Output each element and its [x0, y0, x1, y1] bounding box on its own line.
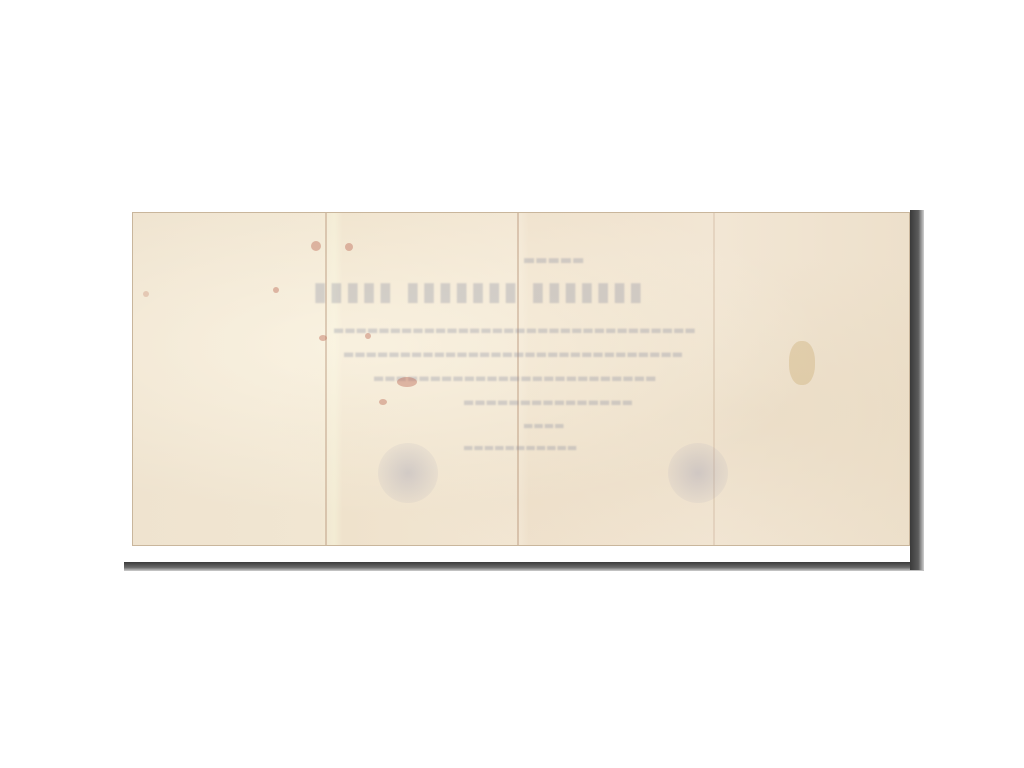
- faded-seal: [378, 443, 438, 503]
- card-shadow-right: [910, 210, 924, 570]
- foxing-spot: [319, 335, 327, 341]
- faded-text: ▬▬▬▬▬▬▬▬▬▬▬▬▬▬▬: [463, 395, 633, 409]
- faded-text: ▬▬▬▬▬▬▬▬▬▬▬▬▬▬▬▬▬▬▬▬▬▬▬▬▬▬▬▬▬▬▬▬: [333, 323, 696, 337]
- foxing-spot: [311, 241, 321, 251]
- faded-text: ▬▬▬▬: [523, 419, 565, 432]
- card-shadow-bottom: [124, 562, 924, 571]
- faded-text: ▬▬▬▬▬▬▬▬▬▬▬▬▬▬▬▬▬▬▬▬▬▬▬▬▬▬▬▬▬▬: [343, 347, 683, 361]
- faded-seal: [668, 443, 728, 503]
- water-stain: [789, 341, 815, 385]
- foxing-spot: [379, 399, 387, 405]
- foxing-spot: [273, 287, 279, 293]
- foxing-spot: [397, 377, 417, 387]
- fold-line: [325, 213, 327, 545]
- banknote: ▬▬▬▬▬ ▮▮▮▮▮ ▮▮▮▮▮▮▮ ▮▮▮▮▮▮▮ ▬▬▬▬▬▬▬▬▬▬▬▬…: [132, 212, 910, 546]
- foxing-spot: [365, 333, 371, 339]
- foxing-spot: [143, 291, 149, 297]
- faded-text: ▬▬▬▬▬: [523, 253, 584, 268]
- faded-heading: ▮▮▮▮▮ ▮▮▮▮▮▮▮ ▮▮▮▮▮▮▮: [313, 277, 645, 307]
- foxing-spot: [345, 243, 353, 251]
- faded-text: ▬▬▬▬▬▬▬▬▬▬▬: [463, 441, 577, 454]
